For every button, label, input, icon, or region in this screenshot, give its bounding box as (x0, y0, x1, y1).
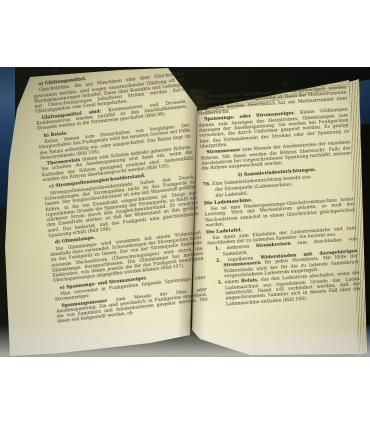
book-photo: 54 a) Glättungsmittel. Gleichströme, die… (0, 67, 370, 357)
right-page-text: 55 die Stromquellen nachgeladen oder aus… (196, 79, 361, 310)
list-bold: Stromkreisen (256, 242, 291, 249)
left-page-number: 54 (52, 71, 58, 77)
left-page-text: a) Glättungsmittel. Gleichströme, die au… (32, 67, 209, 326)
photo-canvas: 54 a) Glättungsmittel. Gleichströme, die… (0, 0, 370, 423)
